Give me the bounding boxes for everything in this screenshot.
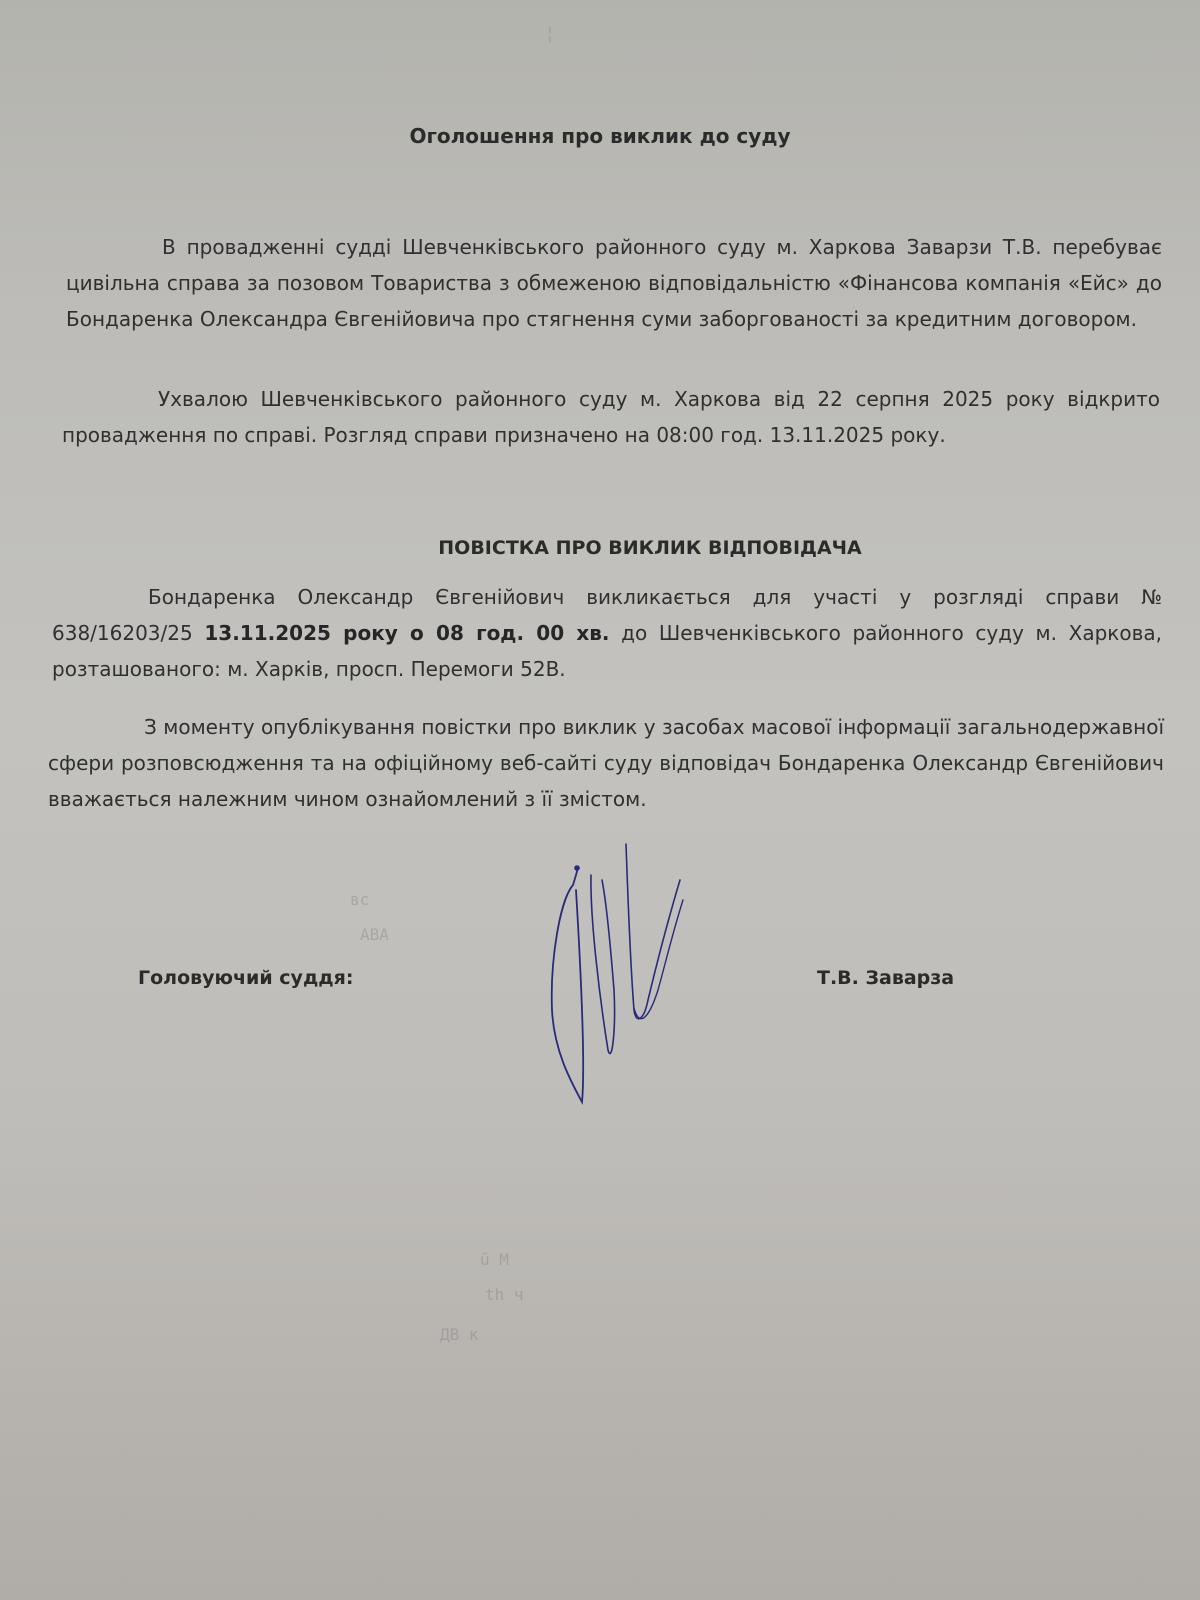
paragraph-case-info-text: В провадженні судді Шевченківського райо…: [66, 235, 1162, 331]
paragraph-ruling-text: Ухвалою Шевченківського районного суду м…: [62, 387, 1160, 447]
judge-name: Т.В. Заварза: [817, 967, 954, 989]
hearing-datetime: 13.11.2025 року о 08 год. 00 хв.: [204, 621, 609, 645]
paragraph-notice-text: З моменту опублікування повістки про вик…: [48, 715, 1164, 811]
paragraph-summons: Бондаренка Олександр Євгенійович виклика…: [52, 579, 1162, 687]
bleed-through-marks: ╎: [545, 25, 555, 44]
bleed-through-marks: th ч: [485, 1285, 524, 1304]
bleed-through-marks: ABA: [360, 925, 389, 944]
handwritten-signature: [530, 840, 720, 1110]
summons-title: ПОВІСТКА ПРО ВИКЛИК ВІДПОВІДАЧА: [0, 537, 1200, 559]
announcement-title: Оголошення про виклик до суду: [0, 124, 1200, 148]
presiding-judge-label: Головуючий суддя:: [138, 967, 353, 989]
document-page: ╎ вс ABA ŭ М th ч ДВ к Оголошення про ви…: [0, 0, 1200, 1600]
bleed-through-marks: ДВ к: [440, 1325, 479, 1344]
paragraph-ruling: Ухвалою Шевченківського районного суду м…: [62, 381, 1160, 453]
bleed-through-marks: вс: [350, 890, 369, 909]
paragraph-case-info: В провадженні судді Шевченківського райо…: [66, 229, 1162, 337]
paragraph-notice: З моменту опублікування повістки про вик…: [48, 709, 1164, 817]
bleed-through-marks: ŭ М: [480, 1250, 509, 1269]
